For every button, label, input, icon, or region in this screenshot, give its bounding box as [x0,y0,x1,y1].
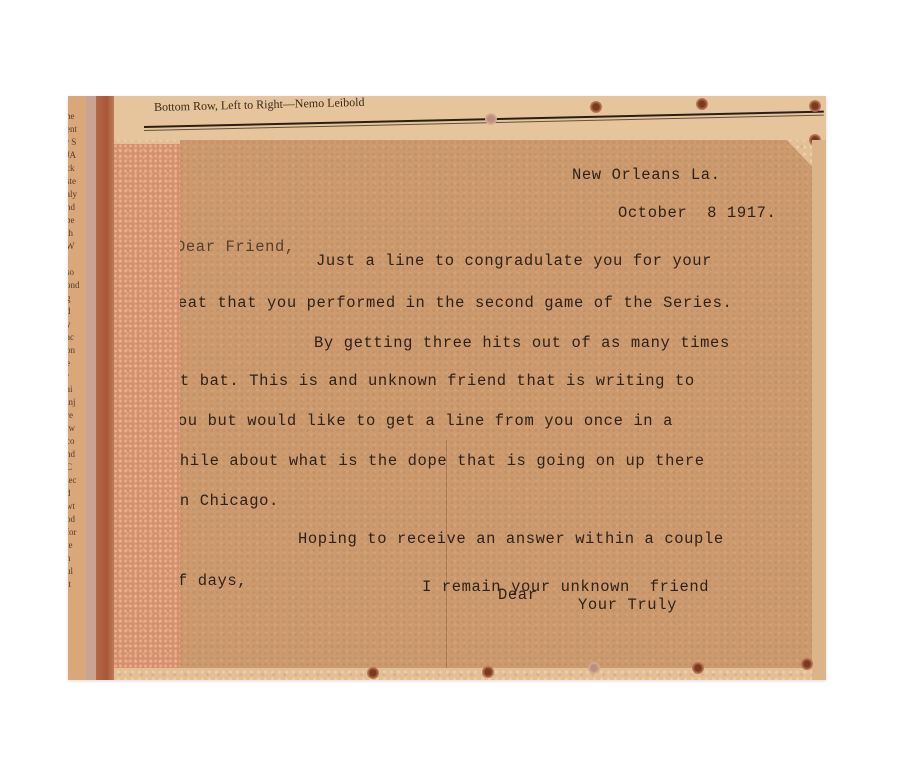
newspaper-fragment-text: r [68,370,86,383]
newspaper-fragment-text: be [68,214,86,227]
newspaper-column-fragment: heentr SJAckstealyndbethWtsoondgdyaconer… [68,96,86,680]
rivet [801,658,813,670]
newspaper-fragment-text: he [68,110,86,123]
newspaper-fragment-text: C [68,461,86,474]
mat-right-edge [812,140,826,680]
newspaper-fragment-text: d [68,305,86,318]
rivet [588,662,600,674]
red-binding-strip [96,96,114,680]
newspaper-fragment-text: tw [68,422,86,435]
newspaper-fragment-text: ul [68,565,86,578]
newspaper-fragment-text: e [68,357,86,370]
clipping-caption: Bottom Row, Left to Right—Nemo Leibold [154,95,365,115]
newspaper-fragment-text: inj [68,396,86,409]
paper-fold-crease [446,440,447,668]
letter-line: Hoping to receive an answer within a cou… [298,530,724,548]
newspaper-fragment-text: ck [68,162,86,175]
pink-paper-panel [114,144,180,668]
newspaper-fragment-text: for [68,526,86,539]
rivet [692,662,704,674]
newspaper-fragment-text: ond [68,279,86,292]
letter-closing: I remain your unknown friend [422,578,709,596]
newspaper-fragment-text: n [68,552,86,565]
newspaper-fragment-text: th [68,227,86,240]
letter-line: By getting three hits out of as many tim… [314,334,730,352]
newspaper-fragment-text: wt [68,500,86,513]
rivet [367,667,379,679]
rivet [485,113,497,125]
letter-line: in Chicago. [170,492,279,510]
rivet [809,100,821,112]
letter-place: New Orleans La. [572,166,721,184]
newspaper-fragment-text: it [68,578,86,591]
grey-paper-strip [86,96,96,680]
newspaper-fragment-text: W [68,240,86,253]
newspaper-fragment-text: on [68,344,86,357]
newspaper-fragment-text: so [68,266,86,279]
typed-letter: New Orleans La. October 8 1917. Dear Fri… [180,140,812,668]
letter-line: Just a line to congradulate you for your [316,252,712,270]
letter-line: While about what is the dope that is goi… [170,452,705,470]
newspaper-fragment-text: r S [68,136,86,149]
newspaper-fragment-text: re [68,409,86,422]
letter-line: you but would like to get a line from yo… [168,412,673,430]
letter-line: at bat. This is and unknown friend that … [170,372,695,390]
scrapbook-page: heentr SJAckstealyndbethWtsoondgdyaconer… [68,96,826,680]
rivet [482,666,494,678]
newspaper-fragment-text: d [68,487,86,500]
rivet [696,98,708,110]
clipping-rule-line [144,111,824,128]
newspaper-fragment-text: y [68,318,86,331]
newspaper-fragment-text: co [68,435,86,448]
newspaper-fragment-text: te [68,539,86,552]
newspaper-fragment-text: t [68,253,86,266]
newspaper-fragment-text: od [68,513,86,526]
letter-date: October 8 1917. [618,204,776,222]
rivet [590,101,602,113]
newspaper-fragment-text: lec [68,474,86,487]
newspaper-fragment-text: ent [68,123,86,136]
newspaper-fragment-text: ac [68,331,86,344]
newspaper-fragment-text: aly [68,188,86,201]
newspaper-fragment-text: JA [68,149,86,162]
letter-salutation: Dear Friend, [176,238,295,256]
newspaper-fragment-text: nd [68,201,86,214]
letter-signature: Your Truly [578,596,677,614]
newspaper-fragment-text: g [68,292,86,305]
newspaper-fragment-text: nd [68,448,86,461]
letter-overstrike: Dear [498,586,538,604]
letter-line: feat that you performed in the second ga… [168,294,732,312]
newspaper-clipping-strip: Bottom Row, Left to Right—Nemo Leibold [114,96,826,140]
newspaper-fragment-text: ai [68,383,86,396]
newspaper-fragment-text: ste [68,175,86,188]
